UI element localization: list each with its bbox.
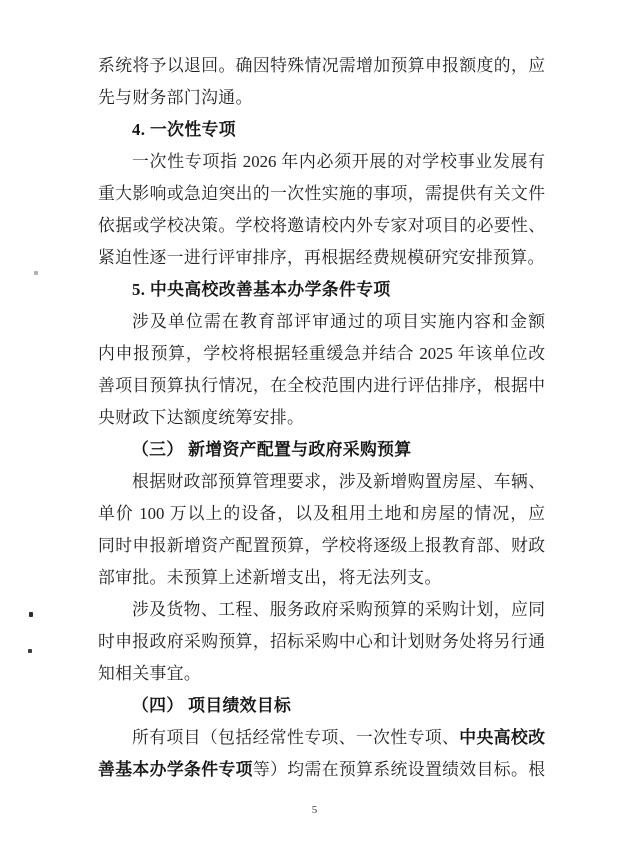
text-line: 紧迫性逐一进行评审排序，再根据经费规模研究安排预算。 xyxy=(98,242,545,274)
text-segment: 时申报政府采购预算，招标采购中心和计划财务处将另行通 xyxy=(98,632,545,651)
section-heading: 5. 中央高校改善基本办学条件专项 xyxy=(98,274,545,306)
bold-text-segment: 4. 一次性专项 xyxy=(132,120,236,139)
text-line: 善基本办学条件专项等）均需在预算系统设置绩效目标。根 xyxy=(98,754,545,786)
text-line: 内申报预算，学校将根据轻重缓急并结合 2025 年该单位改 xyxy=(98,338,545,370)
text-line: 一次性专项指 2026 年内必须开展的对学校事业发展有 xyxy=(98,146,545,178)
text-segment: 知相关事宜。 xyxy=(98,664,201,683)
page-number: 5 xyxy=(0,800,629,820)
text-line: 单价 100 万以上的设备，以及租用土地和房屋的情况，应 xyxy=(98,498,545,530)
text-line: 系统将予以退回。确因特殊情况需增加预算申报额度的，应 xyxy=(98,50,545,82)
text-segment: 重大影响或急迫突出的一次性实施的事项，需提供有关文件 xyxy=(98,184,545,203)
text-segment: 系统将予以退回。确因特殊情况需增加预算申报额度的，应 xyxy=(98,56,545,75)
text-segment: 根据财政部预算管理要求，涉及新增购置房屋、车辆、 xyxy=(132,472,545,491)
text-line: 部审批。未预算上述新增支出，将无法列支。 xyxy=(98,562,545,594)
text-line: 先与财务部门沟通。 xyxy=(98,82,545,114)
text-segment: 所有项目（包括经常性专项、一次性专项、 xyxy=(132,728,459,747)
text-segment: 涉及单位需在教育部评审通过的项目实施内容和金额 xyxy=(132,312,545,331)
scan-artifact-dot xyxy=(29,612,33,617)
text-line: 所有项目（包括经常性专项、一次性专项、中央高校改 xyxy=(98,722,545,754)
text-segment: 央财政下达额度统筹安排。 xyxy=(98,408,304,427)
bold-text-segment: 5. 中央高校改善基本办学条件专项 xyxy=(132,280,391,299)
text-line: 同时申报新增资产配置预算，学校将逐级上报教育部、财政 xyxy=(98,530,545,562)
scan-artifact-dot xyxy=(28,649,32,653)
text-line: 央财政下达额度统筹安排。 xyxy=(98,402,545,434)
section-heading: （三） 新增资产配置与政府采购预算 xyxy=(98,434,545,466)
text-line: 根据财政部预算管理要求，涉及新增购置房屋、车辆、 xyxy=(98,466,545,498)
text-line: 涉及单位需在教育部评审通过的项目实施内容和金额 xyxy=(98,306,545,338)
text-segment: 单价 100 万以上的设备，以及租用土地和房屋的情况，应 xyxy=(98,504,545,523)
text-line: 善项目预算执行情况，在全校范围内进行评估排序，根据中 xyxy=(98,370,545,402)
text-segment: 依据或学校决策。学校将邀请校内外专家对项目的必要性、 xyxy=(98,216,545,235)
section-heading: 4. 一次性专项 xyxy=(98,114,545,146)
text-segment: 同时申报新增资产配置预算，学校将逐级上报教育部、财政 xyxy=(98,536,545,555)
document-page: 系统将予以退回。确因特殊情况需增加预算申报额度的，应先与财务部门沟通。4. 一次… xyxy=(0,0,629,841)
text-segment: 善项目预算执行情况，在全校范围内进行评估排序，根据中 xyxy=(98,376,545,395)
text-line: 时申报政府采购预算，招标采购中心和计划财务处将另行通 xyxy=(98,626,545,658)
text-segment: 一次性专项指 2026 年内必须开展的对学校事业发展有 xyxy=(132,152,545,171)
document-body: 系统将予以退回。确因特殊情况需增加预算申报额度的，应先与财务部门沟通。4. 一次… xyxy=(98,50,545,786)
text-segment: 内申报预算，学校将根据轻重缓急并结合 2025 年该单位改 xyxy=(98,344,545,363)
text-segment: 先与财务部门沟通。 xyxy=(98,88,253,107)
text-segment: 等）均需在预算系统设置绩效目标。根 xyxy=(253,760,545,779)
text-line: 涉及货物、工程、服务政府采购预算的采购计划，应同 xyxy=(98,594,545,626)
bold-text-segment: （三） 新增资产配置与政府采购预算 xyxy=(132,440,412,459)
scan-artifact-dot xyxy=(34,271,38,275)
text-segment: 紧迫性逐一进行评审排序，再根据经费规模研究安排预算。 xyxy=(98,248,545,267)
bold-text-segment: 中央高校改 xyxy=(459,728,545,747)
text-line: 依据或学校决策。学校将邀请校内外专家对项目的必要性、 xyxy=(98,210,545,242)
bold-text-segment: 善基本办学条件专项 xyxy=(98,760,253,779)
bold-text-segment: （四） 项目绩效目标 xyxy=(132,696,291,715)
section-heading: （四） 项目绩效目标 xyxy=(98,690,545,722)
text-line: 重大影响或急迫突出的一次性实施的事项，需提供有关文件 xyxy=(98,178,545,210)
text-segment: 涉及货物、工程、服务政府采购预算的采购计划，应同 xyxy=(132,600,545,619)
text-segment: 部审批。未预算上述新增支出，将无法列支。 xyxy=(98,568,442,587)
text-line: 知相关事宜。 xyxy=(98,658,545,690)
